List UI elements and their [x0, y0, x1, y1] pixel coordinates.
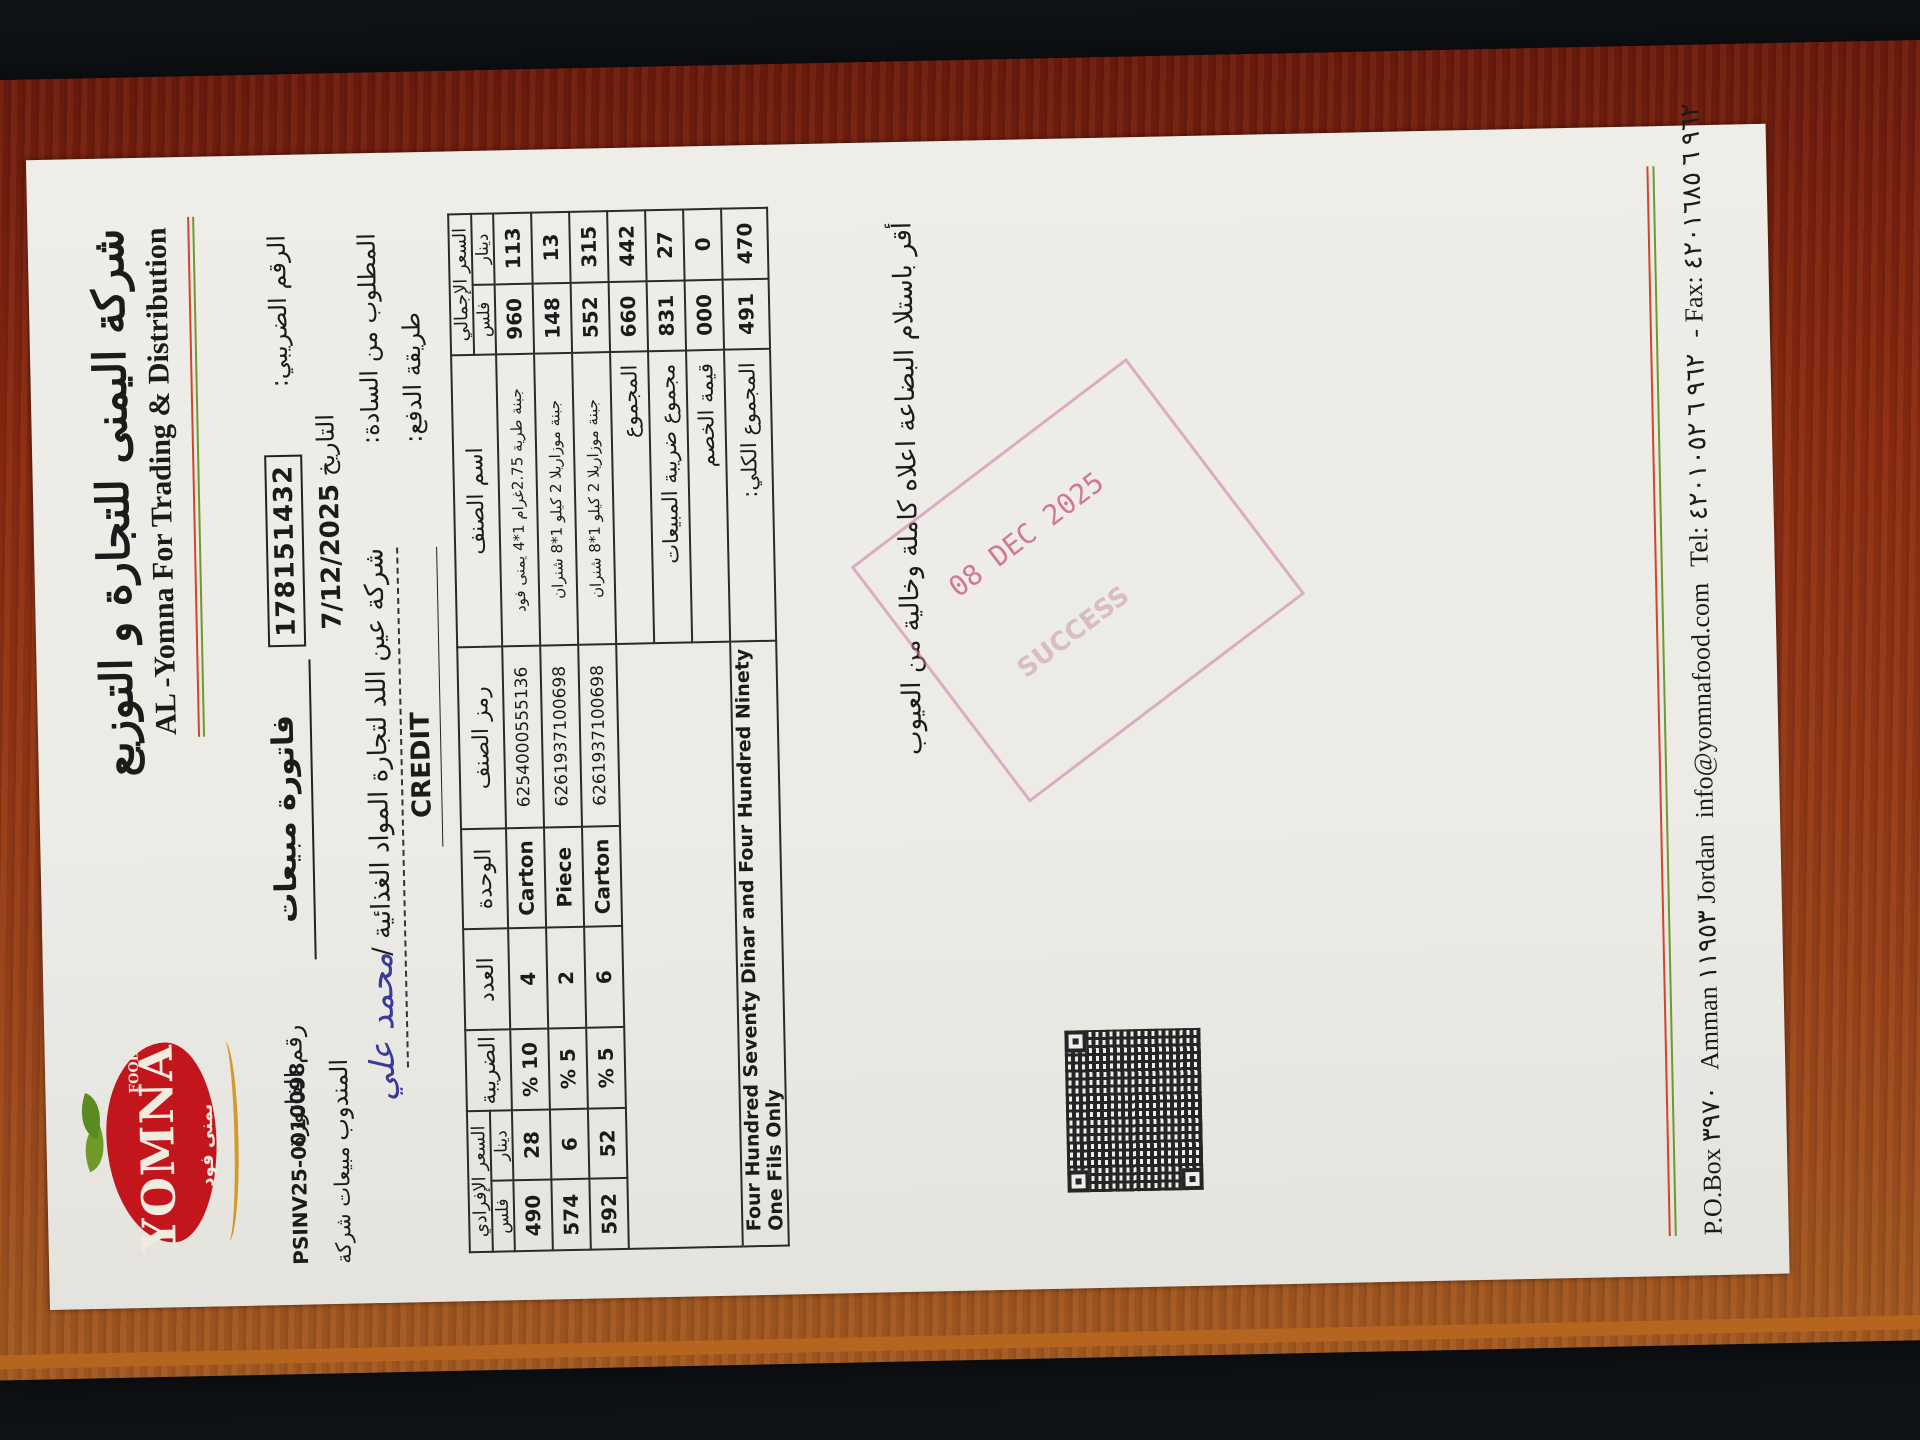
company-name-en: AL -Yomna For Trading & Distribution: [139, 227, 184, 735]
summary-dinar: 442: [607, 210, 646, 281]
stamp-word: SUCCESS: [1012, 581, 1135, 685]
cell-tax: 5 %: [586, 1027, 626, 1108]
summary-fils: 660: [609, 281, 648, 352]
qr-code: [1064, 1028, 1203, 1193]
sales-rep-label: المندوب: [325, 1059, 355, 1141]
cell-price-dinar: 6: [550, 1109, 589, 1180]
cell-price-fils: 490: [513, 1180, 552, 1251]
col-total-dinar: دينار: [471, 213, 494, 284]
qr-finder: [1064, 1030, 1086, 1052]
col-qty: العدد: [463, 929, 510, 1031]
cell-total-dinar: 13: [531, 212, 570, 283]
handwritten-signature: محمد علي: [361, 953, 404, 1102]
cell-price-fils: 574: [551, 1179, 590, 1250]
summary-dinar: 470: [721, 208, 768, 279]
summary-fils: 000: [685, 279, 724, 350]
summary-label: المجموع: [610, 351, 654, 644]
company-name-ar: شركة اليمنى للتجارة و التوزيع: [82, 228, 144, 777]
footer-rule-red: [1646, 166, 1670, 1236]
invoice-page: YOMNA FOOD يمنى فود شركة اليمنى للتجارة …: [26, 124, 1790, 1310]
cell-tax: 10 %: [510, 1029, 550, 1110]
cell-total-dinar: 113: [493, 213, 532, 284]
cell-unit: Carton: [582, 826, 622, 928]
footer-city: Amman ١١٩٥٣ Jordan: [1690, 834, 1725, 1070]
cell-item-name: جبنة موزاريلا 2 كيلو 1*8 شنران: [534, 353, 578, 646]
sales-rep: مبيعات شركة: [330, 1146, 356, 1264]
tax-number: 178151432: [264, 455, 306, 648]
col-price-fils: فلس: [491, 1181, 514, 1252]
payment-method: CREDIT: [406, 712, 438, 818]
cell-total-fils: 960: [495, 283, 534, 354]
payment-label: طريقة الدفع:: [397, 312, 428, 443]
cell-qty: 6: [584, 926, 624, 1028]
cell-price-fils: 592: [589, 1178, 628, 1249]
invoice-items-table: السعر الإجمالي اسم الصنف رمز الصنف الوحد…: [447, 207, 790, 1253]
receipt-acknowledgement: أقر باستلام البضاعة اعلاه كاملة وخالية م…: [887, 222, 928, 756]
invoice-date: 7/12/2025: [315, 484, 348, 630]
col-unit-price: السعر الإفرادي: [467, 1111, 493, 1253]
invoice-number: PSINV25-0010098: [285, 1062, 313, 1265]
cell-item-name: جبنة طرية 2.75غرام 1*4 يمنى فود: [496, 354, 540, 647]
cell-unit: Carton: [506, 827, 546, 929]
col-total-price: السعر الإجمالي: [448, 214, 474, 356]
footer-email[interactable]: info@yomnafood.com: [1685, 582, 1720, 818]
customer-name: شركة عين اللد لتجارة المواد الغذائية /: [359, 548, 398, 957]
col-total-fils: فلس: [473, 284, 496, 355]
logo-sub: FOOD: [127, 1050, 143, 1093]
summary-label: المجموع الكلي:: [724, 349, 776, 642]
cell-qty: 2: [546, 927, 586, 1029]
cell-total-dinar: 315: [569, 211, 608, 282]
cell-item-code: 6254000555136: [502, 646, 544, 828]
footer-tel: Tel: ٩٦٢ ٦ ٤٢٠١٠٥٢: [1680, 353, 1714, 567]
cell-unit: Piece: [544, 826, 584, 928]
col-item-name: اسم الصنف: [451, 355, 502, 648]
company-logo: YOMNA FOOD يمنى فود: [74, 1031, 249, 1265]
cell-tax: 5 %: [548, 1028, 588, 1109]
footer-fax: - Fax: ٩٦٢ ٦ ٤٢٠١٦٨٥: [1675, 103, 1710, 338]
footer-po-box: P.O.Box ٣٩٧٠: [1696, 1086, 1729, 1236]
qr-finder: [1181, 1168, 1203, 1190]
summary-fils: 491: [723, 278, 770, 349]
title-underline: [308, 659, 316, 959]
logo-swoosh: [212, 1041, 240, 1241]
cell-item-code: 6261937100698: [578, 644, 620, 826]
col-tax: الضريبة: [465, 1030, 512, 1112]
col-unit: الوحدة: [461, 828, 508, 930]
cell-item-code: 6261937100698: [540, 645, 582, 827]
summary-dinar: 0: [683, 209, 722, 280]
cell-qty: 4: [508, 928, 548, 1030]
tax-number-label: الرقم الضريبي:: [263, 235, 294, 388]
summary-dinar: 27: [645, 210, 684, 281]
cell-price-dinar: 52: [588, 1108, 627, 1179]
cell-total-fils: 148: [533, 282, 572, 353]
cell-price-dinar: 28: [512, 1109, 551, 1180]
invoice-title: فاتورة مبيعات: [266, 715, 305, 924]
cell-item-name: جبنة موزاريلا 2 كيلو 1*8 شنران: [572, 352, 616, 645]
summary-fils: 831: [647, 280, 686, 351]
customer-label: المطلوب من السادة:: [353, 233, 385, 444]
invoice-paper: YOMNA FOOD يمنى فود شركة اليمنى للتجارة …: [26, 124, 1790, 1310]
summary-label: قيمة الخصم: [686, 350, 730, 643]
stamp-date: 08 DEC 2025: [942, 465, 1110, 603]
date-label: التاريخ: [311, 414, 340, 477]
cell-total-fils: 552: [571, 282, 610, 353]
col-price-dinar: دينار: [490, 1110, 513, 1181]
summary-label: مجموع ضريبة المبيعات: [648, 351, 692, 644]
leaf-icon: [72, 1093, 110, 1139]
company-footer: P.O.Box ٣٩٧٠ Amman ١١٩٥٣ Jordan info@yom…: [1676, 165, 1728, 1235]
col-item-code: رمز الصنف: [457, 647, 506, 829]
qr-finder: [1067, 1170, 1089, 1192]
